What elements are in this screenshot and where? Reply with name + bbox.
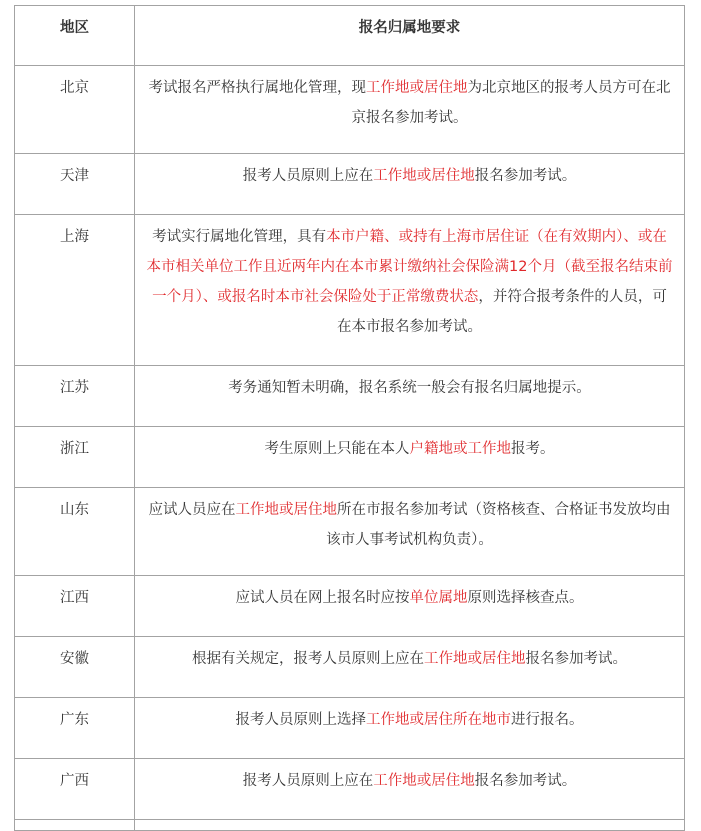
- requirement-cell: 考生原则上只能在本人户籍地或工作地报考。: [135, 427, 685, 488]
- requirement-text: 报考。: [511, 441, 555, 457]
- highlighted-requirement: 工作地或居住地: [366, 80, 468, 96]
- requirement-text: 报考人员原则上选择: [236, 712, 367, 728]
- table-row: 广东 报考人员原则上选择工作地或居住所在地市进行报名。: [15, 698, 685, 759]
- requirement-text: 报名参加考试。: [475, 168, 577, 184]
- table-header-row: 地区 报名归属地要求: [15, 6, 685, 66]
- requirement-text: 原则选择核查点。: [468, 590, 584, 606]
- region-cell: 浙江: [15, 427, 135, 488]
- requirement-text: 根据有关规定，报考人员原则上应在: [192, 651, 424, 667]
- requirement-cell: 根据有关规定，报考人员原则上应在工作地或居住地报名参加考试。: [135, 637, 685, 698]
- table-row: 安徽 根据有关规定，报考人员原则上应在工作地或居住地报名参加考试。: [15, 637, 685, 698]
- highlighted-requirement: 工作地或居住地: [236, 502, 338, 518]
- requirement-cell: 考务通知暂未明确，报名系统一般会有报名归属地提示。: [135, 366, 685, 427]
- region-cell: 上海: [15, 215, 135, 366]
- requirement-cell: 报考人员原则上应在工作地或居住地报名参加考试。: [135, 154, 685, 215]
- table-row: 上海 考试实行属地化管理，具有本市户籍、或持有上海市居住证（在有效期内）、或在本…: [15, 215, 685, 366]
- requirement-text: 应试人员在网上报名时应按: [236, 590, 410, 606]
- highlighted-requirement: 工作地或居住地: [424, 651, 526, 667]
- requirement-cell: 应试人员应在工作地或居住地所在市报名参加考试（资格核查、合格证书发放均由该市人事…: [135, 488, 685, 576]
- highlighted-requirement: 工作地或居住地: [373, 773, 475, 789]
- table-row: 江西 应试人员在网上报名时应按单位属地原则选择核查点。: [15, 576, 685, 637]
- requirement-text: 报考人员原则上应在: [243, 168, 374, 184]
- region-cell: 广西: [15, 759, 135, 812]
- requirement-text: 报名参加考试。: [475, 773, 577, 789]
- highlighted-requirement: 工作地或居住所在地市: [366, 712, 511, 728]
- region-cell: 安徽: [15, 637, 135, 698]
- requirement-cell: 考试报名严格执行属地化管理，现工作地或居住地为北京地区的报考人员方可在北京报名参…: [135, 66, 685, 154]
- region-cell: 山东: [15, 488, 135, 576]
- requirement-text: 考务通知暂未明确，报名系统一般会有报名归属地提示。: [228, 380, 591, 396]
- requirement-cell: 应试人员在网上报名时应按单位属地原则选择核查点。: [135, 576, 685, 637]
- requirement-text: 所在市报名参加考试（资格核查、合格证书发放均由该市人事考试机构负责）。: [326, 502, 670, 548]
- table-row: 山东 应试人员应在工作地或居住地所在市报名参加考试（资格核查、合格证书发放均由该…: [15, 488, 685, 576]
- table-row: 北京 考试报名严格执行属地化管理，现工作地或居住地为北京地区的报考人员方可在北京…: [15, 66, 685, 154]
- region-cell: 北京: [15, 66, 135, 154]
- region-cell: 天津: [15, 154, 135, 215]
- highlighted-requirement: 单位属地: [410, 590, 468, 606]
- requirement-text: 应试人员应在: [149, 502, 236, 518]
- region-cell: 广东: [15, 698, 135, 759]
- requirement-text: 进行报名。: [511, 712, 584, 728]
- table-row: 江苏 考务通知暂未明确，报名系统一般会有报名归属地提示。: [15, 366, 685, 427]
- requirement-cell: 报考人员原则上选择工作地或居住所在地市进行报名。: [135, 698, 685, 759]
- region-cell: 江西: [15, 576, 135, 637]
- requirement-text: 考试报名严格执行属地化管理，现: [149, 80, 367, 96]
- header-requirement: 报名归属地要求: [135, 6, 685, 66]
- region-cell: 江苏: [15, 366, 135, 427]
- header-region: 地区: [15, 6, 135, 66]
- requirement-cell: 考试实行属地化管理，具有本市户籍、或持有上海市居住证（在有效期内）、或在本市相关…: [135, 215, 685, 366]
- requirement-text: 报考人员原则上应在: [243, 773, 374, 789]
- requirement-cell: 报考人员原则上应在工作地或居住地报名参加考试。: [135, 759, 685, 812]
- requirement-text: 考生原则上只能在本人: [265, 441, 410, 457]
- table-row: 广西 报考人员原则上应在工作地或居住地报名参加考试。: [15, 759, 685, 812]
- table-row: 浙江 考生原则上只能在本人户籍地或工作地报考。: [15, 427, 685, 488]
- requirement-text: 考试实行属地化管理，具有: [152, 229, 326, 245]
- registration-location-table: 地区 报名归属地要求 北京 考试报名严格执行属地化管理，现工作地或居住地为北京地…: [14, 5, 685, 811]
- table-row: 天津 报考人员原则上应在工作地或居住地报名参加考试。: [15, 154, 685, 215]
- requirement-text: 报名参加考试。: [526, 651, 628, 667]
- registration-location-table-container: 地区 报名归属地要求 北京 考试报名严格执行属地化管理，现工作地或居住地为北京地…: [14, 5, 684, 811]
- highlighted-requirement: 户籍地或工作地: [410, 441, 512, 457]
- highlighted-requirement: 工作地或居住地: [373, 168, 475, 184]
